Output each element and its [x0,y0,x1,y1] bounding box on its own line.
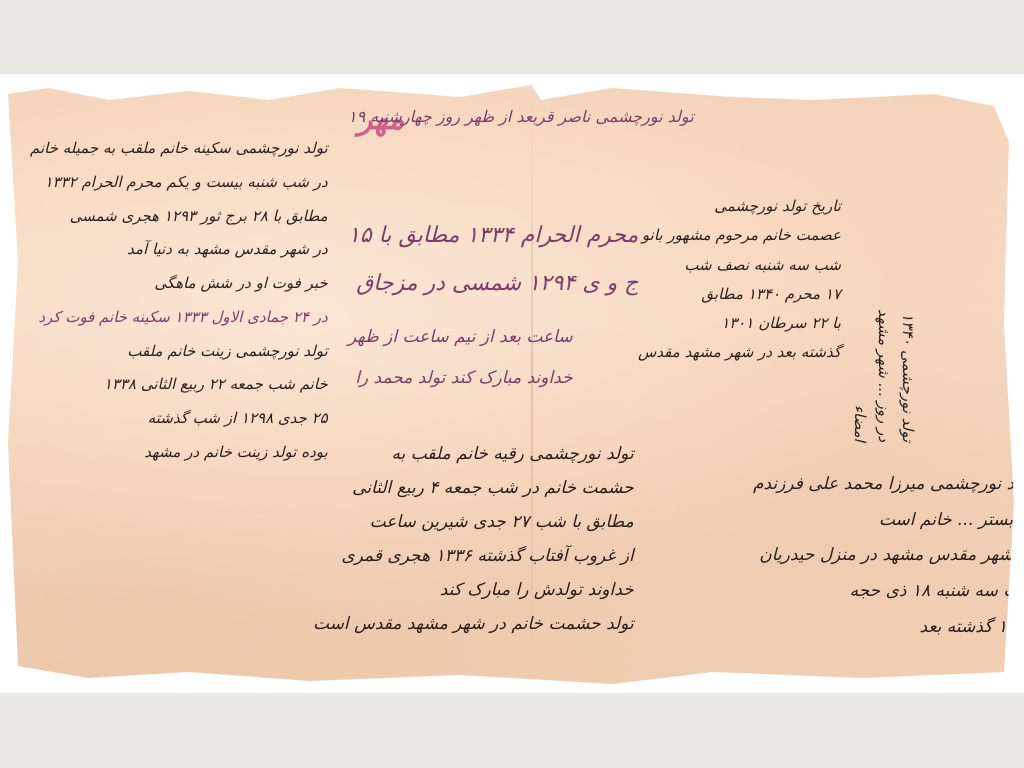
text-line: تولد نورچشمی ۱۳۴۰ [899,313,917,442]
text-line: در ۲۴ جمادی الاول ۱۳۳۳ سکینه خانم فوت کر… [30,301,328,335]
text-line: ج و ی ۱۲۹۴ شمسی در مزجاق [348,260,638,308]
text-line: حشمت خانم در شب جمعه ۴ ربیع الثانی [313,471,634,505]
text-line: در شب شنبه بیست و یکم محرم الحرام ۱۳۳۲ [30,166,328,200]
text-line: در بستر ... خانم است [753,503,1024,539]
text-line: مطابق با ۲۸ برج ثور ۱۲۹۳ هجری شمسی [30,200,328,234]
text-line: تولد نورچشمی میرزا محمد علی فرزندم [753,467,1024,503]
aged-paper-sheet: مهر تولد نورچشمی ناصر قربعد از ظهر روز چ… [8,82,1014,684]
text-line: ساعت بعد از نیم ساعت از ظهر [348,317,573,358]
text-line: مطابق با شب ۲۷ جدی شیرین ساعت [313,505,634,539]
photo-frame: مهر تولد نورچشمی ناصر قربعد از ظهر روز چ… [0,74,1024,693]
entry-right-mid: تاریخ تولد نورچشمی عصمت خانم مرحوم مشهور… [638,192,841,368]
text-line: عصمت خانم مرحوم مشهور بانو [638,221,841,250]
text-line: خداوند مبارک کند تولد محمد را [348,358,573,399]
text-line: شب سه شنبه نصف شب [638,251,841,280]
text-line: خبر فوت او در شش ماهگی [30,267,328,301]
entry-vertical-margin: تولد نورچشمی ۱۳۴۰ در روز ... شهر مشهد ام… [848,112,920,442]
text-line: در روز ... شهر مشهد [875,309,893,442]
text-line: تولد نورچشمی رقیه خانم ملقب به [313,437,634,471]
text-line: خداوند تولدش را مبارک کند [313,573,634,607]
text-line: شب سه شنبه ۱۸ ذی حجه [753,574,1024,610]
text-line: گذشته بعد در شهر مشهد مقدس [638,338,841,367]
text-line: خانم شب جمعه ۲۲ ربیع الثانی ۱۳۳۸ [30,368,328,402]
text-line: تاریخ تولد نورچشمی [638,192,841,221]
entry-center-dates: محرم الحرام ۱۳۳۴ مطابق با ۱۵ ج و ی ۱۲۹۴ … [348,212,638,309]
entry-center-mid: ساعت بعد از نیم ساعت از ظهر خداوند مبارک… [348,317,573,399]
text-line: تولد نورچشمی زینت خانم ملقب [30,335,328,369]
text-line: در شهر مقدس مشهد در منزل حیدریان [753,538,1024,574]
text-line: بوده تولد زینت خانم در مشهد [30,436,328,470]
text-line: تولد نورچشمی ناصر قربعد از ظهر روز چهارش… [348,102,694,132]
text-line: امضاء [851,405,869,442]
entry-top-center: تولد نورچشمی ناصر قربعد از ظهر روز چهارش… [348,102,694,132]
text-line: ۲۵ جدی ۱۲۹۸ از شب گذشته [30,402,328,436]
text-line: محرم الحرام ۱۳۳۴ مطابق با ۱۵ [348,212,638,260]
text-line: از غروب آفتاب گذشته ۱۳۳۶ هجری قمری [313,539,634,573]
text-line: با ۲۲ سرطان ۱۳۰۱ [638,309,841,338]
text-line: تولد نورچشمی سکینه خانم ملقب به جمیله خا… [30,132,328,166]
text-line: تولد حشمت خانم در شهر مشهد مقدس است [313,607,634,641]
entry-right-lower: تولد نورچشمی میرزا محمد علی فرزندم در بس… [753,467,1024,645]
text-line: در شهر مقدس مشهد به دنیا آمد [30,233,328,267]
text-line: ۱۳۴۰ گذشته بعد [753,610,1024,646]
entry-left-column: تولد نورچشمی سکینه خانم ملقب به جمیله خا… [30,132,328,470]
text-line: ۱۷ محرم ۱۳۴۰ مطابق [638,280,841,309]
entry-center-lower: تولد نورچشمی رقیه خانم ملقب به حشمت خانم… [313,437,634,641]
